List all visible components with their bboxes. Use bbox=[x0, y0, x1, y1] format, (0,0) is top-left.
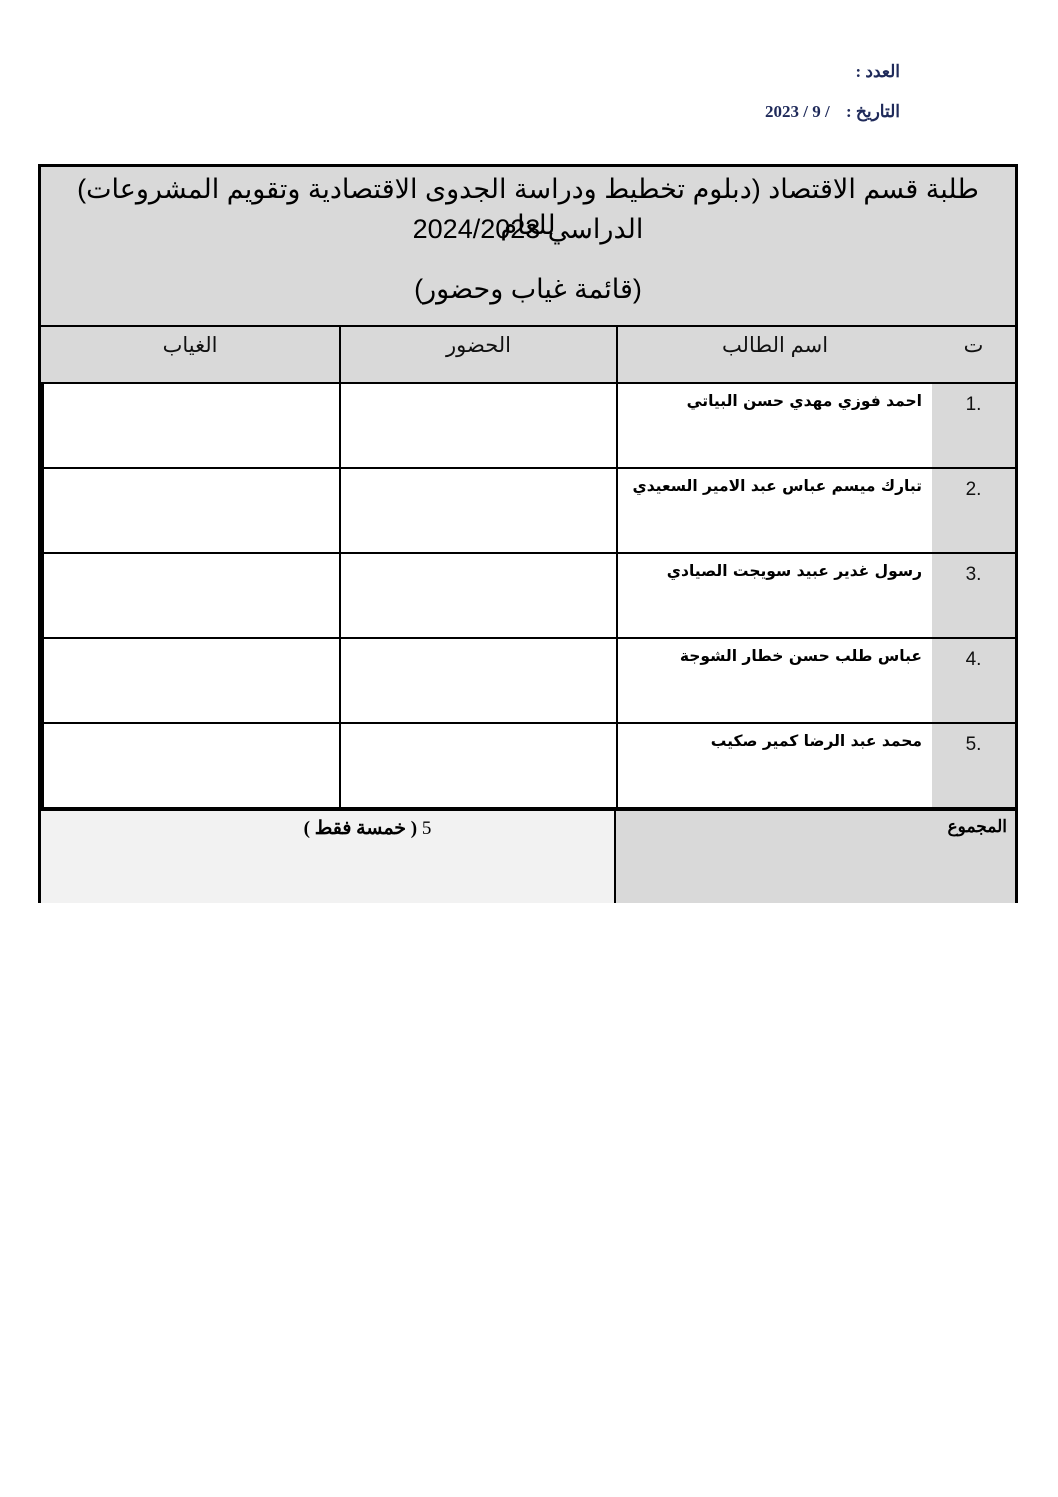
column-header-attendance: الحضور bbox=[339, 327, 616, 382]
title-line-list-type: (قائمة غياب وحضور) bbox=[41, 271, 1015, 307]
student-name: احمد فوزي مهدي حسن البياتي bbox=[616, 384, 932, 467]
attendance-cell[interactable] bbox=[339, 639, 616, 722]
absence-cell[interactable] bbox=[41, 384, 339, 467]
total-label: المجموع bbox=[616, 811, 1015, 903]
total-value: 5 ( خمسة فقط ) bbox=[41, 811, 616, 903]
row-number: 4. bbox=[932, 639, 1015, 722]
student-name: عباس طلب حسن خطار الشوجة bbox=[616, 639, 932, 722]
row-number: 2. bbox=[932, 469, 1015, 552]
table-row: 1. احمد فوزي مهدي حسن البياتي bbox=[41, 384, 1015, 469]
row-number: 5. bbox=[932, 724, 1015, 807]
attendance-cell[interactable] bbox=[339, 554, 616, 637]
student-name: محمد عبد الرضا كمير صكيب bbox=[616, 724, 932, 807]
attendance-grid: ت اسم الطالب الحضور الغياب 1. احمد فوزي … bbox=[41, 327, 1015, 903]
date-value: 2023 / 9 / bbox=[765, 102, 830, 122]
title-line-academic-year: الدراسي 2024/2023 bbox=[41, 211, 1015, 247]
column-header-student-name: اسم الطالب bbox=[616, 327, 932, 382]
column-header-number: ت bbox=[932, 327, 1015, 382]
document-date: التاريخ : 2023 / 9 / bbox=[765, 102, 900, 122]
absence-cell[interactable] bbox=[41, 554, 339, 637]
table-row: 4. عباس طلب حسن خطار الشوجة bbox=[41, 639, 1015, 724]
attendance-sheet-table: طلبة قسم الاقتصاد (دبلوم تخطيط ودراسة ال… bbox=[38, 164, 1018, 903]
table-row: 5. محمد عبد الرضا كمير صكيب bbox=[41, 724, 1015, 811]
absence-cell[interactable] bbox=[41, 469, 339, 552]
attendance-cell[interactable] bbox=[339, 469, 616, 552]
total-in-words: ( خمسة فقط ) bbox=[304, 818, 418, 839]
number-label: العدد : bbox=[855, 62, 900, 81]
table-row: 3. رسول غدير عبيد سويجت الصيادي bbox=[41, 554, 1015, 639]
student-name: رسول غدير عبيد سويجت الصيادي bbox=[616, 554, 932, 637]
row-number: 3. bbox=[932, 554, 1015, 637]
row-number: 1. bbox=[932, 384, 1015, 467]
total-number: 5 bbox=[422, 818, 432, 839]
table-row: 2. تبارك ميسم عباس عبد الامير السعيدي bbox=[41, 469, 1015, 554]
absence-cell[interactable] bbox=[41, 639, 339, 722]
absence-cell[interactable] bbox=[41, 724, 339, 807]
header-row: ت اسم الطالب الحضور الغياب bbox=[41, 327, 1015, 384]
attendance-cell[interactable] bbox=[339, 724, 616, 807]
table-title-block: طلبة قسم الاقتصاد (دبلوم تخطيط ودراسة ال… bbox=[41, 167, 1015, 327]
student-name: تبارك ميسم عباس عبد الامير السعيدي bbox=[616, 469, 932, 552]
total-row: المجموع 5 ( خمسة فقط ) bbox=[41, 811, 1015, 903]
attendance-cell[interactable] bbox=[339, 384, 616, 467]
column-header-absence: الغياب bbox=[41, 327, 339, 382]
date-label: التاريخ : bbox=[846, 102, 900, 121]
document-number-label: العدد : bbox=[855, 62, 900, 82]
